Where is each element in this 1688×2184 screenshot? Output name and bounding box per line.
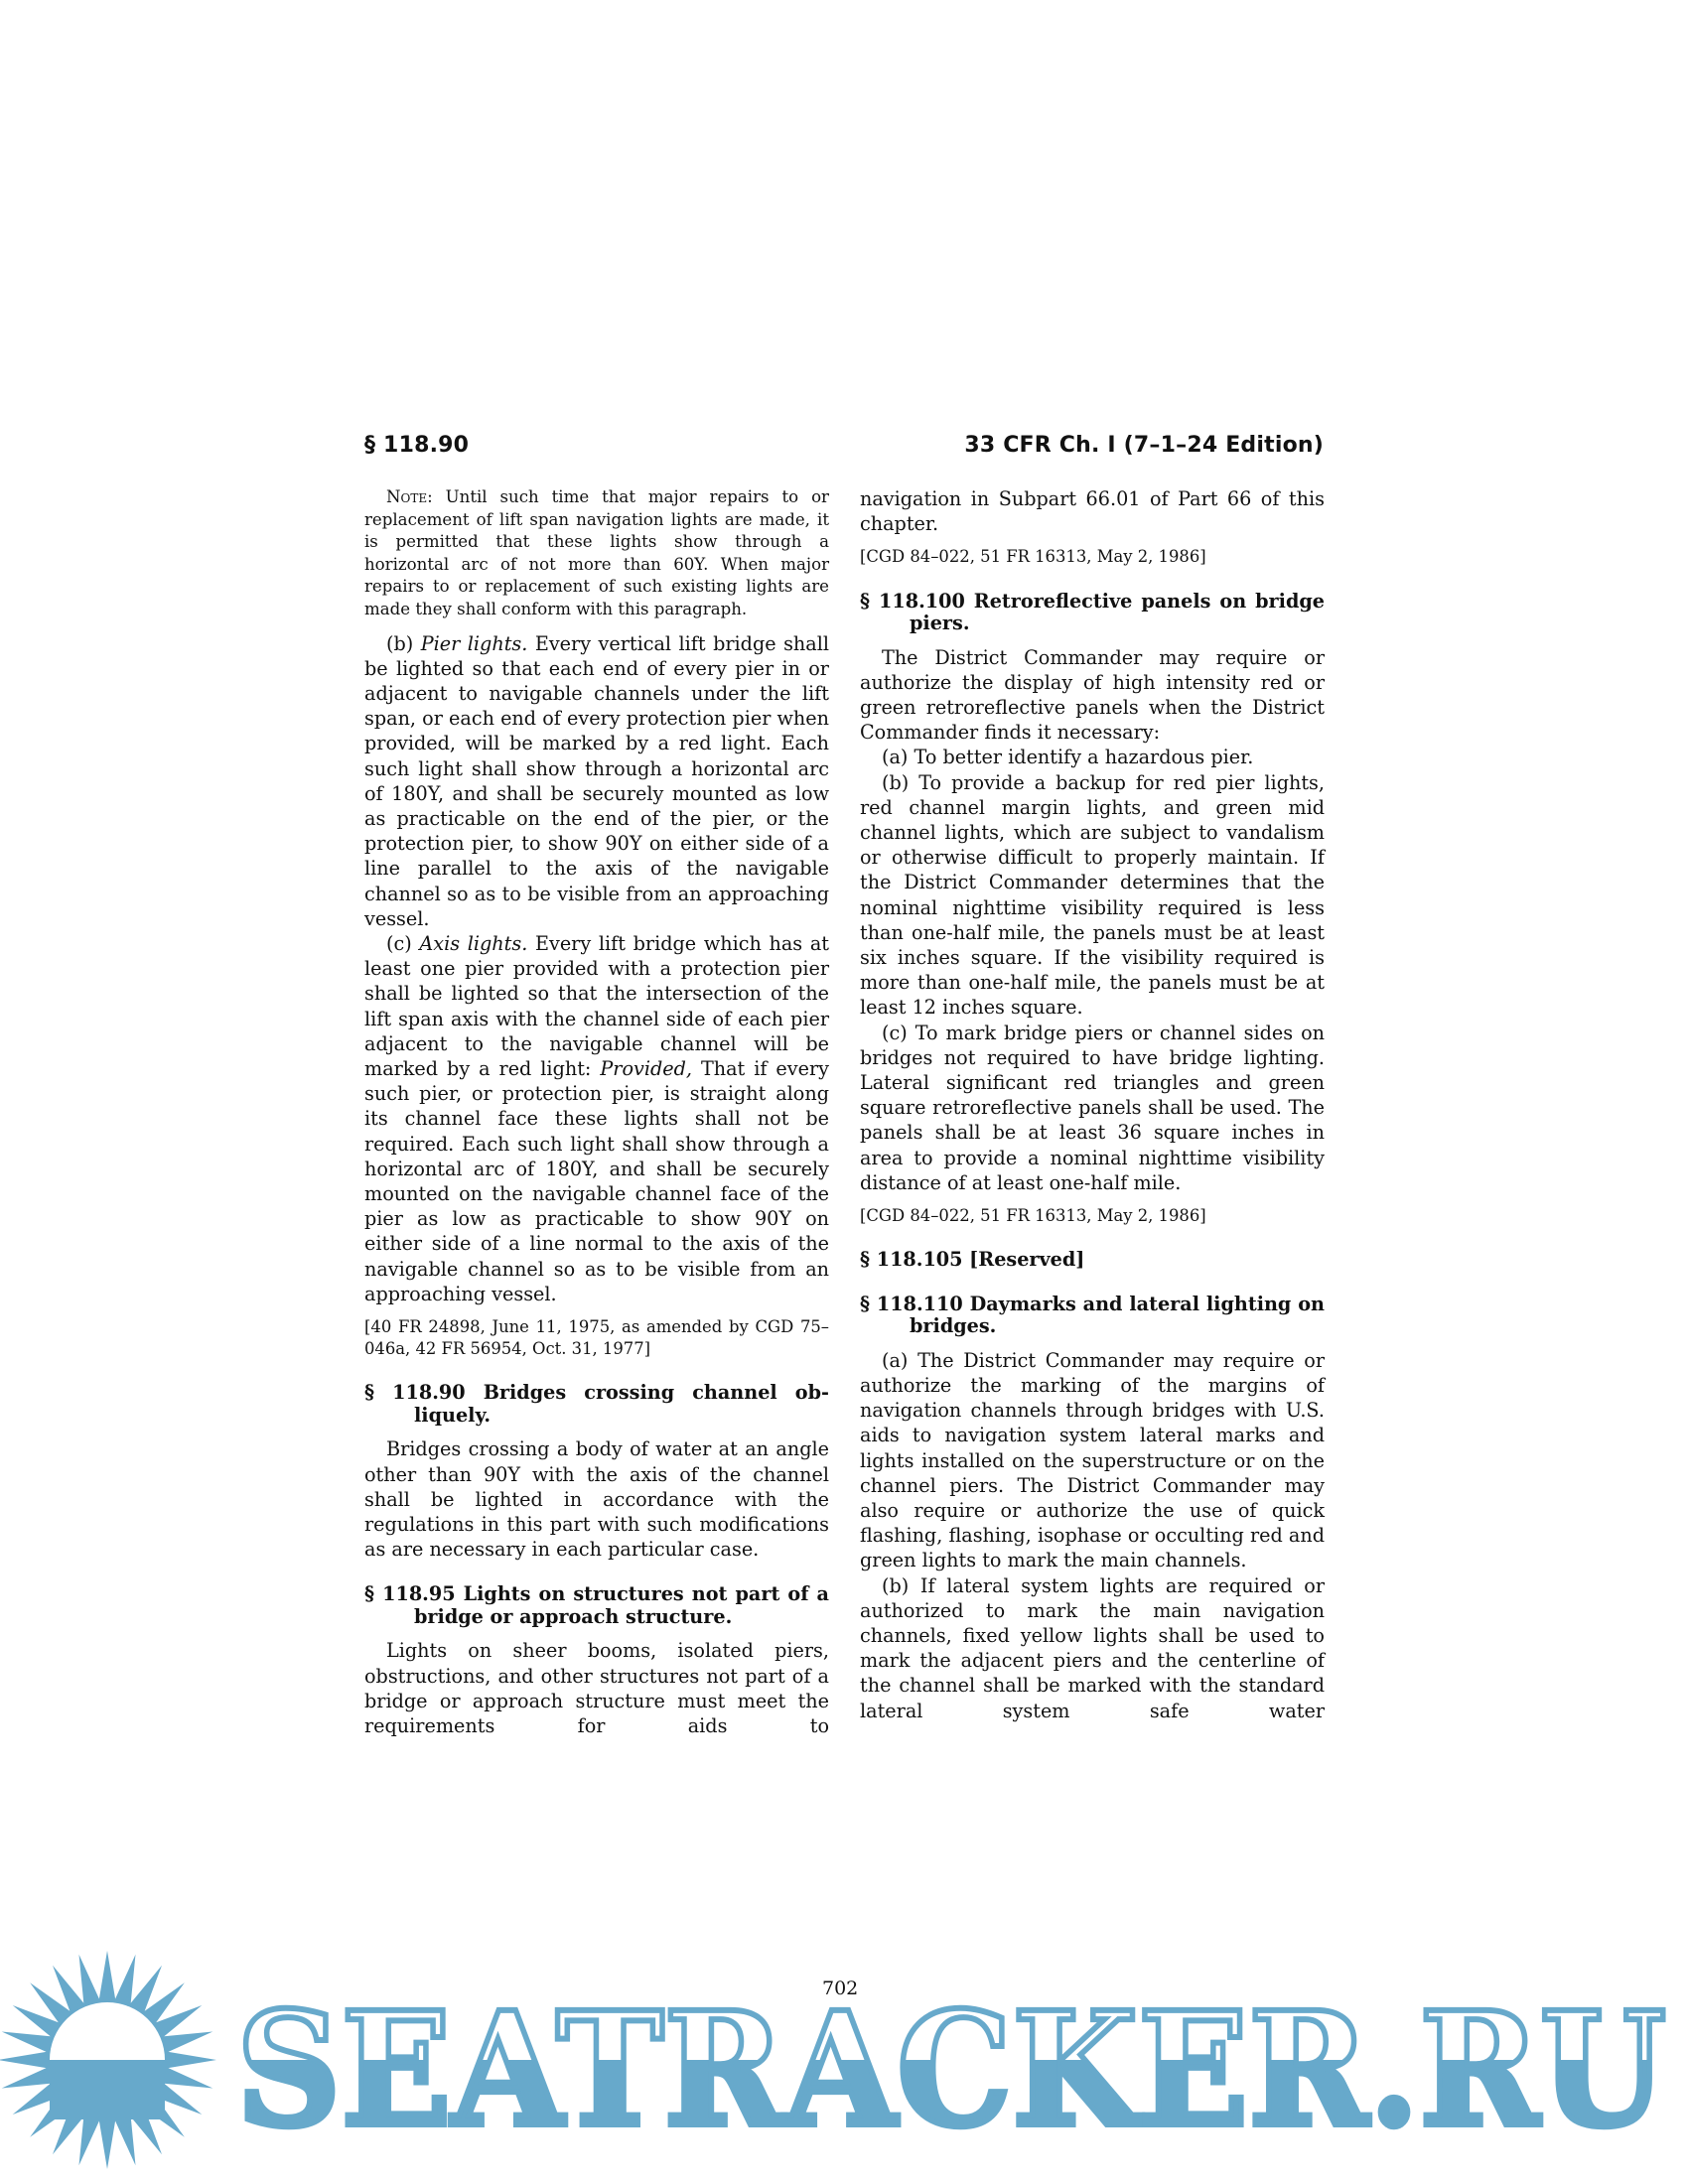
section-heading-118-110: § 118.110 Daymarks and lateral light­ing… xyxy=(860,1294,1325,1338)
paragraph-text: Every vertical lift bridge shall be ligh… xyxy=(364,632,829,930)
section-heading-118-90: § 118.90 Bridges crossing channel ob­liq… xyxy=(364,1382,829,1427)
paragraph-a-118-100: (a) To better identify a hazardous pier. xyxy=(860,745,1325,769)
section-heading-118-95: § 118.95 Lights on structures not part o… xyxy=(364,1583,829,1628)
section-text-118-95: Lights on sheer booms, isolated piers, o… xyxy=(364,1638,829,1738)
paragraph-prefix: (b) xyxy=(386,632,421,655)
section-heading-118-105: § 118.105 [Reserved] xyxy=(860,1249,1325,1272)
provided-term: Provided, xyxy=(600,1057,692,1080)
running-header: § 118.90 33 CFR Ch. I (7–1–24 Edition) xyxy=(364,433,1324,465)
watermark-text: SEATRACKER.RU SEATRACKER.RU xyxy=(236,1979,1666,2162)
section-text-118-90: Bridges crossing a body of water at an a… xyxy=(364,1436,829,1562)
paragraph-b-118-110: (b) If lateral system lights are re­quir… xyxy=(860,1573,1325,1723)
page-number: 702 xyxy=(822,1978,858,1999)
section-heading-118-100: § 118.100 Retroreflective panels on brid… xyxy=(860,591,1325,635)
note-label: Note: xyxy=(386,487,433,506)
note-paragraph: Note: Until such time that major repairs… xyxy=(364,486,829,621)
sun-over-sea-icon xyxy=(0,1951,216,2169)
source-citation: [CGD 84–022, 51 FR 16313, May 2, 1986] xyxy=(860,546,1325,568)
paragraph-prefix: (c) xyxy=(386,932,419,955)
paragraph-b-pier-lights: (b) Pier lights. Every vertical lift bri… xyxy=(364,631,829,931)
left-column: Note: Until such time that major repairs… xyxy=(364,486,829,1738)
paragraph-text: That if every such pier, or protection p… xyxy=(364,1057,829,1305)
header-edition: 33 CFR Ch. I (7–1–24 Edition) xyxy=(964,433,1324,458)
note-text: Until such time that major repairs to or… xyxy=(364,487,829,618)
paragraph-title: Pier lights. xyxy=(421,632,528,655)
watermark-logo: SEATRACKER.RU SEATRACKER.RU xyxy=(0,1936,1688,2184)
source-citation: [40 FR 24898, June 11, 1975, as amended … xyxy=(364,1316,829,1360)
paragraph-c-118-100: (c) To mark bridge piers or channel side… xyxy=(860,1021,1325,1195)
paragraph-b-118-100: (b) To provide a backup for red pier lig… xyxy=(860,770,1325,1021)
paragraph-a-118-110: (a) The District Commander may re­quire … xyxy=(860,1348,1325,1573)
source-citation: [CGD 84–022, 51 FR 16313, May 2, 1986] xyxy=(860,1205,1325,1227)
continued-text: navigation in Subpart 66.01 of Part 66 o… xyxy=(860,486,1325,536)
section-intro-118-100: The District Commander may require or au… xyxy=(860,645,1325,746)
header-section-number: § 118.90 xyxy=(364,433,469,458)
paragraph-title: Axis lights. xyxy=(419,932,527,955)
right-column: navigation in Subpart 66.01 of Part 66 o… xyxy=(860,486,1325,1723)
paragraph-c-axis-lights: (c) Axis lights. Every lift bridge which… xyxy=(364,931,829,1306)
